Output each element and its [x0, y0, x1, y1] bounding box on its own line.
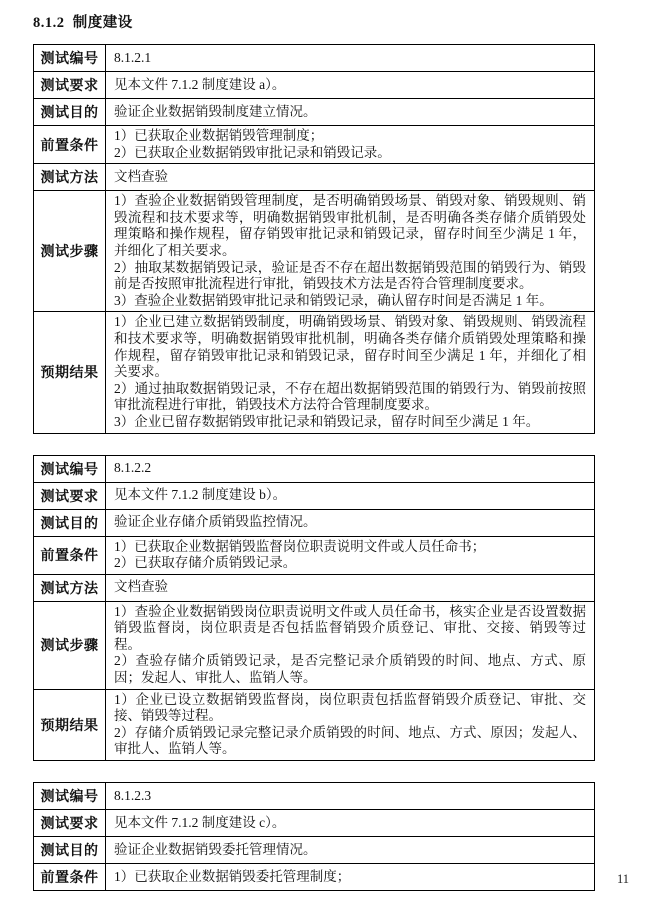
test-case-table-1: 测试编号 8.1.2.1 测试要求 见本文件 7.1.2 制度建设 a）。 测试… — [33, 44, 595, 434]
content-line: 1）企业已设立数据销毁监督岗，岗位职责包括监督销毁介质登记、审批、交接、销毁等过… — [114, 692, 586, 725]
row-value: 文档查验 — [106, 574, 595, 601]
table-row: 测试目的 验证企业数据销毁制度建立情况。 — [34, 99, 595, 126]
table-row: 预期结果 1）企业已建立数据销毁制度，明确销毁场景、销毁对象、销毁规则、销毁流程… — [34, 312, 595, 433]
page-number: 11 — [617, 872, 629, 887]
row-value: 1）企业已设立数据销毁监督岗，岗位职责包括监督销毁介质登记、审批、交接、销毁等过… — [106, 689, 595, 760]
row-label: 前置条件 — [34, 126, 106, 164]
row-value: 1）查验企业数据销毁岗位职责说明文件或人员任命书，核实企业是否设置数据销毁监督岗… — [106, 601, 595, 689]
row-value: 验证企业存储介质销毁监控情况。 — [106, 509, 595, 536]
content-line: 1）查验企业数据销毁岗位职责说明文件或人员任命书，核实企业是否设置数据销毁监督岗… — [114, 604, 586, 654]
table-row: 预期结果 1）企业已设立数据销毁监督岗，岗位职责包括监督销毁介质登记、审批、交接… — [34, 689, 595, 760]
table-row: 测试编号 8.1.2.3 — [34, 783, 595, 810]
content-line: 文档查验 — [114, 169, 586, 186]
content-line: 2）存储介质销毁记录完整记录介质销毁的时间、地点、方式、原因；发起人、审批人、监… — [114, 725, 586, 758]
table-row: 前置条件 1）已获取企业数据销毁监督岗位职责说明文件或人员任命书； 2）已获取存… — [34, 536, 595, 574]
row-value: 验证企业数据销毁制度建立情况。 — [106, 99, 595, 126]
row-label: 前置条件 — [34, 864, 106, 891]
content-line: 验证企业存储介质销毁监控情况。 — [114, 514, 586, 531]
table-row: 测试目的 验证企业数据销毁委托管理情况。 — [34, 837, 595, 864]
content-line: 1）企业已建立数据销毁制度，明确销毁场景、销毁对象、销毁规则、销毁流程和技术要求… — [114, 314, 586, 380]
content-line: 8.1.2.3 — [114, 788, 586, 805]
table-row: 测试要求 见本文件 7.1.2 制度建设 a）。 — [34, 72, 595, 99]
content-line: 1）已获取企业数据销毁管理制度； — [114, 128, 586, 145]
row-value: 1）已获取企业数据销毁委托管理制度； — [106, 864, 595, 891]
row-label: 测试步骤 — [34, 191, 106, 312]
table-row: 前置条件 1）已获取企业数据销毁委托管理制度； — [34, 864, 595, 891]
row-label: 预期结果 — [34, 312, 106, 433]
content-line: 文档查验 — [114, 579, 586, 596]
row-label: 测试要求 — [34, 810, 106, 837]
table-row: 测试要求 见本文件 7.1.2 制度建设 c）。 — [34, 810, 595, 837]
row-label: 测试要求 — [34, 482, 106, 509]
content-line: 验证企业数据销毁制度建立情况。 — [114, 104, 586, 121]
table-row: 测试步骤 1）查验企业数据销毁管理制度，是否明确销毁场景、销毁对象、销毁规则、销… — [34, 191, 595, 312]
row-label: 测试目的 — [34, 837, 106, 864]
table-row: 测试编号 8.1.2.1 — [34, 45, 595, 72]
row-value: 1）已获取企业数据销毁监督岗位职责说明文件或人员任命书； 2）已获取存储介质销毁… — [106, 536, 595, 574]
content-line: 8.1.2.1 — [114, 50, 586, 67]
test-case-table-3: 测试编号 8.1.2.3 测试要求 见本文件 7.1.2 制度建设 c）。 测试… — [33, 782, 595, 891]
document-page: 8.1.2 制度建设 测试编号 8.1.2.1 测试要求 见本文件 7.1.2 … — [0, 0, 648, 920]
table-row: 测试目的 验证企业存储介质销毁监控情况。 — [34, 509, 595, 536]
row-label: 前置条件 — [34, 536, 106, 574]
row-label: 测试目的 — [34, 99, 106, 126]
content-line: 2）抽取某数据销毁记录，验证是否不存在超出数据销毁范围的销毁行为、销毁前是否按照… — [114, 260, 586, 293]
row-label: 测试步骤 — [34, 601, 106, 689]
row-value: 1）查验企业数据销毁管理制度，是否明确销毁场景、销毁对象、销毁规则、销毁流程和技… — [106, 191, 595, 312]
content-line: 验证企业数据销毁委托管理情况。 — [114, 842, 586, 859]
content-line: 1）查验企业数据销毁管理制度，是否明确销毁场景、销毁对象、销毁规则、销毁流程和技… — [114, 193, 586, 259]
row-label: 测试目的 — [34, 509, 106, 536]
row-value: 见本文件 7.1.2 制度建设 c）。 — [106, 810, 595, 837]
content-line: 2）已获取存储介质销毁记录。 — [114, 555, 586, 572]
content-line: 8.1.2.2 — [114, 460, 586, 477]
table-row: 测试方法 文档查验 — [34, 164, 595, 191]
table-row: 测试方法 文档查验 — [34, 574, 595, 601]
test-case-table-2: 测试编号 8.1.2.2 测试要求 见本文件 7.1.2 制度建设 b）。 测试… — [33, 455, 595, 762]
content-line: 见本文件 7.1.2 制度建设 b）。 — [114, 487, 586, 504]
content-line: 见本文件 7.1.2 制度建设 c）。 — [114, 815, 586, 832]
content-line: 3）查验企业数据销毁审批记录和销毁记录，确认留存时间是否满足 1 年。 — [114, 293, 586, 310]
content-line: 见本文件 7.1.2 制度建设 a）。 — [114, 77, 586, 94]
content-line: 3）企业已留存数据销毁审批记录和销毁记录，留存时间至少满足 1 年。 — [114, 414, 586, 431]
row-value: 8.1.2.3 — [106, 783, 595, 810]
row-value: 见本文件 7.1.2 制度建设 b）。 — [106, 482, 595, 509]
content-line: 1）已获取企业数据销毁监督岗位职责说明文件或人员任命书； — [114, 539, 586, 556]
row-value: 8.1.2.1 — [106, 45, 595, 72]
content-line: 2）查验存储介质销毁记录，是否完整记录介质销毁的时间、地点、方式、原因；发起人、… — [114, 653, 586, 686]
row-value: 1）企业已建立数据销毁制度，明确销毁场景、销毁对象、销毁规则、销毁流程和技术要求… — [106, 312, 595, 433]
row-label: 测试编号 — [34, 45, 106, 72]
row-value: 见本文件 7.1.2 制度建设 a）。 — [106, 72, 595, 99]
table-row: 测试要求 见本文件 7.1.2 制度建设 b）。 — [34, 482, 595, 509]
content-line: 1）已获取企业数据销毁委托管理制度； — [114, 869, 586, 886]
row-label: 测试要求 — [34, 72, 106, 99]
row-label: 测试方法 — [34, 164, 106, 191]
row-value: 1）已获取企业数据销毁管理制度； 2）已获取企业数据销毁审批记录和销毁记录。 — [106, 126, 595, 164]
row-label: 测试编号 — [34, 783, 106, 810]
table-row: 测试编号 8.1.2.2 — [34, 455, 595, 482]
row-label: 测试方法 — [34, 574, 106, 601]
row-value: 文档查验 — [106, 164, 595, 191]
table-row: 测试步骤 1）查验企业数据销毁岗位职责说明文件或人员任命书，核实企业是否设置数据… — [34, 601, 595, 689]
content-line: 2）通过抽取数据销毁记录，不存在超出数据销毁范围的销毁行为、销毁前按照审批流程进… — [114, 381, 586, 414]
row-label: 预期结果 — [34, 689, 106, 760]
row-value: 验证企业数据销毁委托管理情况。 — [106, 837, 595, 864]
content-line: 2）已获取企业数据销毁审批记录和销毁记录。 — [114, 145, 586, 162]
table-row: 前置条件 1）已获取企业数据销毁管理制度； 2）已获取企业数据销毁审批记录和销毁… — [34, 126, 595, 164]
row-label: 测试编号 — [34, 455, 106, 482]
row-value: 8.1.2.2 — [106, 455, 595, 482]
section-heading: 8.1.2 制度建设 — [33, 11, 615, 32]
